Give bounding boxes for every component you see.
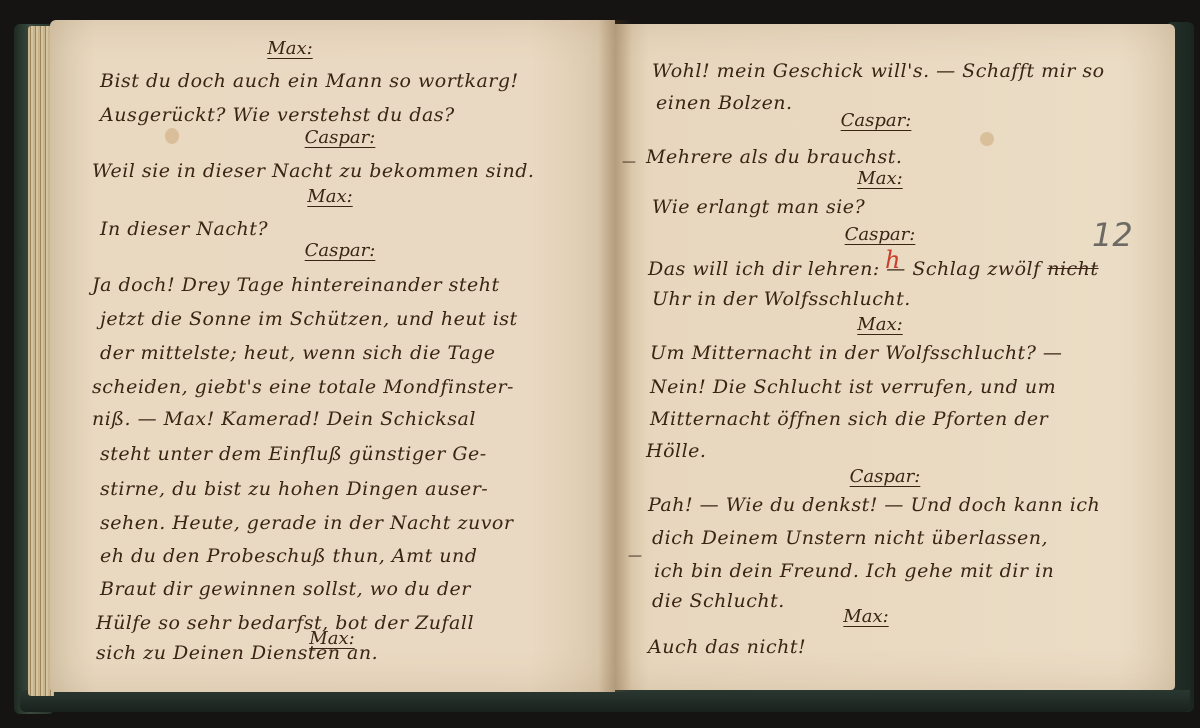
text-line: Mehrere als du brauchst. xyxy=(646,146,902,168)
red-correction-mark: h xyxy=(885,246,900,274)
text-line: niß. — Max! Kamerad! Dein Schicksal xyxy=(92,408,476,430)
text-line: Pah! — Wie du denkst! — Und doch kann ic… xyxy=(648,494,1100,516)
speaker-heading-bottom: Max: xyxy=(309,628,354,649)
text-line: ich bin dein Freund. Ich gehe mit dir in xyxy=(654,560,1054,582)
text-line: Hülfe so sehr bedarfst, bot der Zufall xyxy=(96,612,474,634)
text-line: Mitternacht öffnen sich die Pforten der xyxy=(650,408,1048,430)
speaker-heading: Max: xyxy=(267,38,312,59)
struck-word: nicht xyxy=(1047,258,1098,280)
text-line: Nein! Die Schlucht ist verrufen, und um xyxy=(650,376,1056,398)
foxing-stain xyxy=(165,128,179,144)
speaker-heading: Caspar: xyxy=(841,110,912,131)
speaker-heading: Caspar: xyxy=(305,127,376,148)
text-line: Auch das nicht! xyxy=(648,636,806,658)
text-line: In dieser Nacht? xyxy=(100,218,268,240)
text-line: stirne, du bist zu hohen Dingen auser- xyxy=(100,478,488,500)
book-cover-bottom xyxy=(20,690,1190,712)
text-line: Wohl! mein Geschick will's. — Schafft mi… xyxy=(652,60,1105,82)
speaker-heading: Caspar: xyxy=(850,466,921,487)
text-line: Hölle. xyxy=(646,440,706,462)
text-line: die Schlucht. xyxy=(652,590,785,612)
text-line: sehen. Heute, gerade in der Nacht zuvor xyxy=(100,512,513,534)
gutter-shadow xyxy=(598,20,632,692)
catchword-dash: — xyxy=(628,548,642,564)
text-line: scheiden, giebt's eine totale Mondfinste… xyxy=(92,376,514,398)
text-line: Bist du doch auch ein Mann so wortkarg! xyxy=(100,70,519,92)
speaker-heading: Max: xyxy=(843,606,888,627)
text-line: Wie erlangt man sie? xyxy=(652,196,865,218)
speaker-heading: Caspar: xyxy=(305,240,376,261)
text-line: Ja doch! Drey Tage hintereinander steht xyxy=(92,274,500,296)
text-line: der mittelste; heut, wenn sich die Tage xyxy=(100,342,495,364)
speaker-heading: Max: xyxy=(857,168,902,189)
text-line: Braut dir gewinnen sollst, wo du der xyxy=(100,578,471,600)
text-line: dich Deinem Unstern nicht überlassen, xyxy=(652,527,1048,549)
speaker-heading: Max: xyxy=(307,186,352,207)
text-line: Um Mitternacht in der Wolfsschlucht? — xyxy=(650,342,1062,364)
line-text: Das will ich dir lehren: — Schlag zwölf xyxy=(648,258,1041,280)
catchword-dash: — xyxy=(622,154,636,170)
speaker-heading: Max: xyxy=(857,314,902,335)
text-line: einen Bolzen. xyxy=(656,92,793,114)
text-line: Das will ich dir lehren: — Schlag zwölf … xyxy=(648,258,1099,280)
text-line: Uhr in der Wolfsschlucht. xyxy=(652,288,911,310)
folio-number: 12 xyxy=(1092,216,1133,254)
text-line: steht unter dem Einfluß günstiger Ge- xyxy=(100,443,487,465)
text-line: eh du den Probeschuß thun, Amt und xyxy=(100,545,477,567)
text-line: Weil sie in dieser Nacht zu bekommen sin… xyxy=(92,160,534,182)
text-line: Ausgerückt? Wie verstehst du das? xyxy=(100,104,455,126)
text-line: jetzt die Sonne im Schützen, und heut is… xyxy=(100,308,518,330)
foxing-stain xyxy=(980,132,994,146)
speaker-heading: Caspar: xyxy=(845,224,916,245)
